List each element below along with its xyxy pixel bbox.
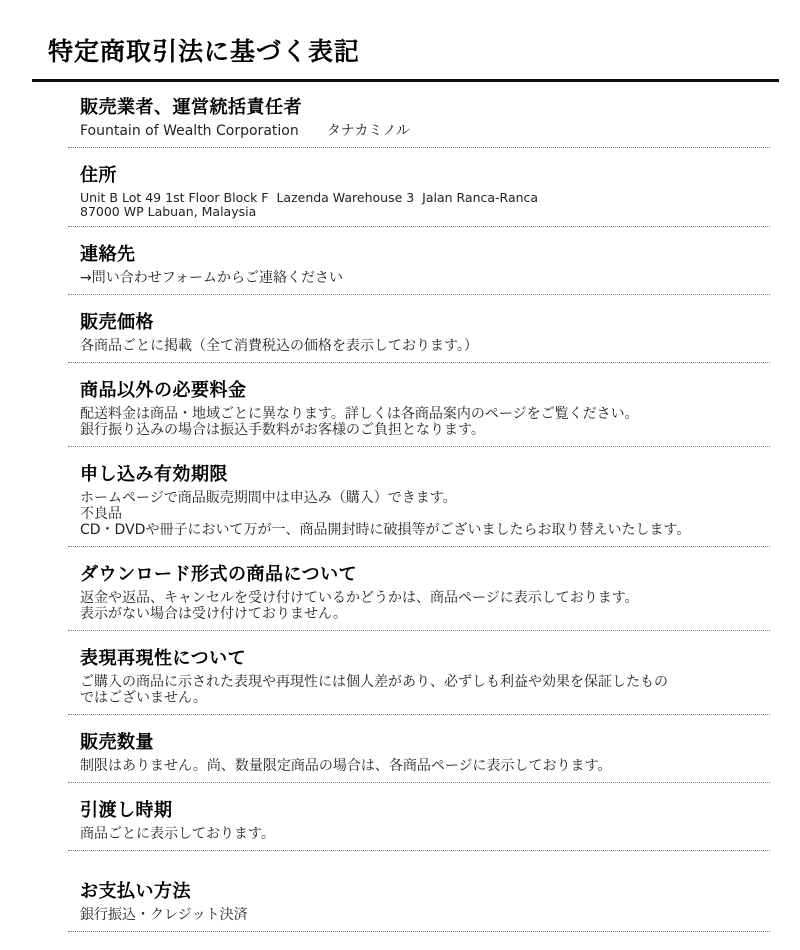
section-delivery-time: 引渡し時期 商品ごとに表示しております。 xyxy=(0,801,800,851)
section-body: 返金や返品、キャンセルを受け付けているかどうかは、商品ページに表示しております。… xyxy=(80,590,800,622)
section-body: 銀行振込・クレジット決済 xyxy=(80,907,800,923)
section-heading: 商品以外の必要料金 xyxy=(80,381,800,400)
body-line: 銀行振込・クレジット決済 xyxy=(80,907,800,923)
body-line: Unit B Lot 49 1st Floor Block F Lazenda … xyxy=(80,191,800,205)
section-sales-quantity: 販売数量 制限はありません。尚、数量限定商品の場合は、各商品ページに表示しており… xyxy=(0,733,800,783)
section-contact: 連絡先 →問い合わせフォームからご連絡ください xyxy=(0,245,800,295)
page-title: 特定商取引法に基づく表記 xyxy=(48,38,800,65)
body-line: CD・DVDや冊子において万が一、商品開封時に破損等がございましたらお取り替えい… xyxy=(80,522,800,538)
section-heading: 販売業者、運営統括責任者 xyxy=(80,98,800,117)
body-line: ではございません。 xyxy=(80,690,800,706)
dotted-divider xyxy=(68,931,770,932)
body-line: Fountain of Wealth Corporation タナカミノル xyxy=(80,123,800,139)
dotted-divider xyxy=(68,362,770,363)
dotted-divider xyxy=(68,782,770,783)
section-heading: 販売数量 xyxy=(80,733,800,752)
body-line: 各商品ごとに掲載（全て消費税込の価格を表示しております。） xyxy=(80,338,800,354)
section-download-products: ダウンロード形式の商品について 返金や返品、キャンセルを受け付けているかどうかは… xyxy=(0,565,800,631)
section-seller: 販売業者、運営統括責任者 Fountain of Wealth Corporat… xyxy=(0,98,800,148)
section-body: Fountain of Wealth Corporation タナカミノル xyxy=(80,123,800,139)
section-body: →問い合わせフォームからご連絡ください xyxy=(80,270,800,286)
section-heading: 販売価格 xyxy=(80,313,800,332)
body-line: 商品ごとに表示しております。 xyxy=(80,826,800,842)
section-body: 各商品ごとに掲載（全て消費税込の価格を表示しております。） xyxy=(80,338,800,354)
body-line: 銀行振り込みの場合は振込手数料がお客様のご負担となります。 xyxy=(80,422,800,438)
dotted-divider xyxy=(68,546,770,547)
dotted-divider xyxy=(68,446,770,447)
dotted-divider xyxy=(68,850,770,851)
body-line: 配送料金は商品・地域ごとに異なります。詳しくは各商品案内のページをご覧ください。 xyxy=(80,406,800,422)
section-price: 販売価格 各商品ごとに掲載（全て消費税込の価格を表示しております。） xyxy=(0,313,800,363)
section-body: 制限はありません。尚、数量限定商品の場合は、各商品ページに表示しております。 xyxy=(80,758,800,774)
legal-notice-page: 特定商取引法に基づく表記 販売業者、運営統括責任者 Fountain of We… xyxy=(0,38,800,932)
dotted-divider xyxy=(68,630,770,631)
section-body: 配送料金は商品・地域ごとに異なります。詳しくは各商品案内のページをご覧ください。… xyxy=(80,406,800,438)
section-application-period: 申し込み有効期限 ホームページで商品販売期間中は申込み（購入）できます。 不良品… xyxy=(0,465,800,547)
body-line: 不良品 xyxy=(80,506,800,522)
body-line: 制限はありません。尚、数量限定商品の場合は、各商品ページに表示しております。 xyxy=(80,758,800,774)
dotted-divider xyxy=(68,147,770,148)
body-line: ホームページで商品販売期間中は申込み（購入）できます。 xyxy=(80,490,800,506)
section-heading: 表現再現性について xyxy=(80,649,800,668)
body-line: 返金や返品、キャンセルを受け付けているかどうかは、商品ページに表示しております。 xyxy=(80,590,800,606)
dotted-divider xyxy=(68,714,770,715)
dotted-divider xyxy=(68,294,770,295)
section-body: ご購入の商品に示された表現や再現性には個人差があり、必ずしも利益や効果を保証した… xyxy=(80,674,800,706)
section-heading: 申し込み有効期限 xyxy=(80,465,800,484)
section-address: 住所 Unit B Lot 49 1st Floor Block F Lazen… xyxy=(0,166,800,227)
body-line: 87000 WP Labuan, Malaysia xyxy=(80,205,800,219)
title-rule xyxy=(32,79,779,82)
body-line: 表示がない場合は受け付けておりません。 xyxy=(80,606,800,622)
body-line: ご購入の商品に示された表現や再現性には個人差があり、必ずしも利益や効果を保証した… xyxy=(80,674,800,690)
section-heading: 連絡先 xyxy=(80,245,800,264)
section-reproducibility: 表現再現性について ご購入の商品に示された表現や再現性には個人差があり、必ずしも… xyxy=(0,649,800,715)
dotted-divider xyxy=(68,226,770,227)
section-payment-method: お支払い方法 銀行振込・クレジット決済 xyxy=(0,882,800,932)
section-heading: 住所 xyxy=(80,166,800,185)
section-body: Unit B Lot 49 1st Floor Block F Lazenda … xyxy=(80,191,800,218)
section-heading: ダウンロード形式の商品について xyxy=(80,565,800,584)
section-heading: 引渡し時期 xyxy=(80,801,800,820)
body-line: →問い合わせフォームからご連絡ください xyxy=(80,270,800,286)
section-heading: お支払い方法 xyxy=(80,882,800,901)
section-body: ホームページで商品販売期間中は申込み（購入）できます。 不良品 CD・DVDや冊… xyxy=(80,490,800,538)
section-extra-fees: 商品以外の必要料金 配送料金は商品・地域ごとに異なります。詳しくは各商品案内のペ… xyxy=(0,381,800,447)
section-body: 商品ごとに表示しております。 xyxy=(80,826,800,842)
